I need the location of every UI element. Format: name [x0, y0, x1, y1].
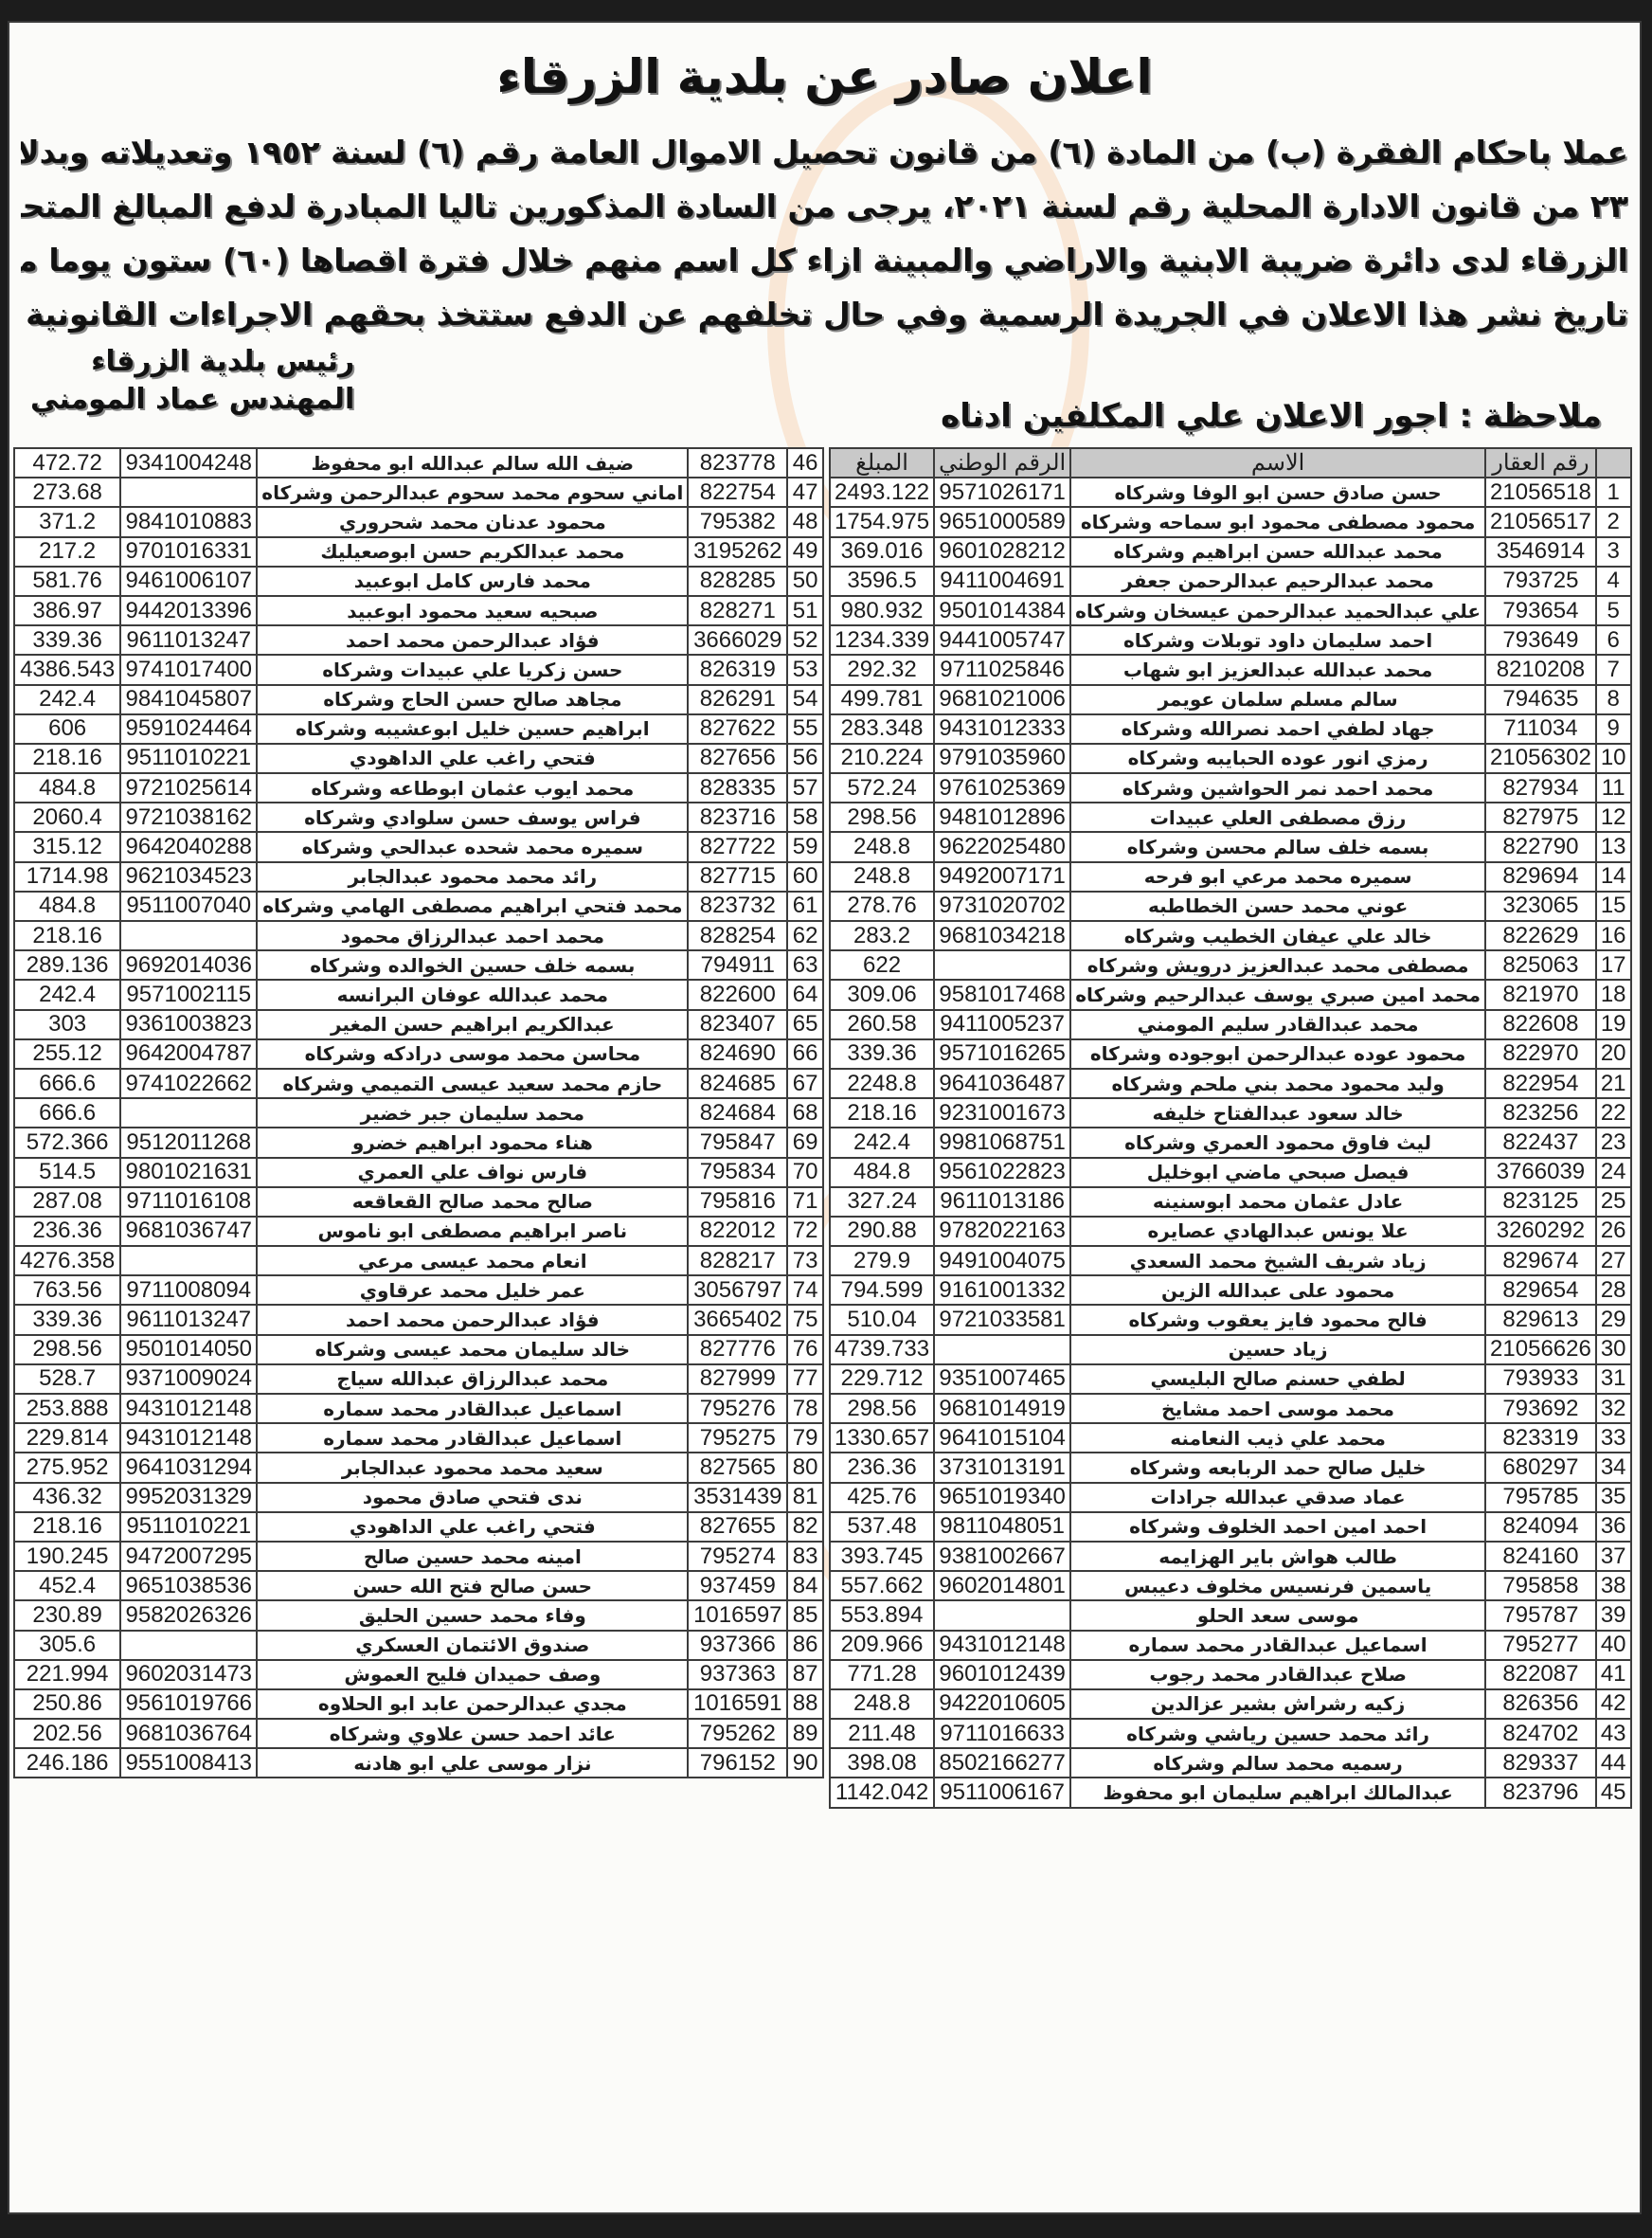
property-number: 823796 [1485, 1778, 1596, 1807]
table-row: 31793933لطفي حسنم صالح البليسي9351007465… [830, 1364, 1631, 1394]
property-number: 795262 [688, 1719, 787, 1748]
amount-due: 452.4 [14, 1571, 120, 1600]
national-id: 9741017400 [120, 655, 257, 684]
row-index: 81 [787, 1483, 823, 1512]
national-id: 9681034218 [934, 921, 1070, 950]
property-number: 823319 [1485, 1423, 1596, 1453]
table-row: 753665402فؤاد عبدالرحمن محمد احمد9611013… [14, 1305, 823, 1334]
property-number: 822790 [1485, 832, 1596, 861]
header-index [1596, 448, 1631, 478]
amount-due: 510.04 [830, 1305, 934, 1334]
row-index: 72 [787, 1217, 823, 1246]
row-index: 5 [1596, 596, 1631, 625]
row-index: 33 [1596, 1423, 1631, 1453]
taxpayer-name: موسى سعد الحلو [1070, 1600, 1485, 1630]
table-row: 32793692محمد موسى احمد مشايخ968101491929… [830, 1394, 1631, 1423]
row-index: 35 [1596, 1483, 1631, 1512]
row-index: 76 [787, 1335, 823, 1364]
taxpayer-name: مجاهد صالح حسن الحاج وشركاه [257, 685, 688, 714]
table-row: 9711034جهاد لطفي احمد نصرالله وشركاه9431… [830, 714, 1631, 744]
amount-due: 210.224 [830, 744, 934, 773]
amount-due: 230.89 [14, 1600, 120, 1630]
amount-due: 315.12 [14, 832, 120, 861]
table-header-row: رقم العقار الاسم الرقم الوطني المبلغ [830, 448, 1631, 478]
national-id: 9501014050 [120, 1335, 257, 1364]
property-number: 827999 [688, 1364, 787, 1394]
national-id: 9351007465 [934, 1364, 1070, 1394]
row-index: 10 [1596, 744, 1631, 773]
national-id: 9561019766 [120, 1689, 257, 1719]
national-id: 9441005747 [934, 625, 1070, 655]
amount-due: 218.16 [14, 921, 120, 950]
table-row: 813531439ندى فتحي صادق محمود995203132943… [14, 1483, 823, 1512]
property-number: 711034 [1485, 714, 1596, 744]
property-number: 827565 [688, 1453, 787, 1482]
property-number: 829654 [1485, 1275, 1596, 1305]
amount-due: 553.894 [830, 1600, 934, 1630]
taxpayer-name: لطفي حسنم صالح البليسي [1070, 1364, 1485, 1394]
national-id: 9601028212 [934, 537, 1070, 567]
national-id [934, 1600, 1070, 1630]
property-number: 824690 [688, 1039, 787, 1069]
national-id: 9782022163 [934, 1217, 1070, 1246]
table-row: 48795382محمود عدنان محمد شحروري984101088… [14, 507, 823, 536]
table-row: 54826291مجاهد صالح حسن الحاج وشركاه98410… [14, 685, 823, 714]
national-id: 9431012148 [120, 1394, 257, 1423]
national-id: 9431012148 [934, 1631, 1070, 1660]
amount-due: 386.97 [14, 596, 120, 625]
national-id: 9711025846 [934, 655, 1070, 684]
taxpayer-name: حسن زكريا علي عبيدات وشركاه [257, 655, 688, 684]
national-id: 9841045807 [120, 685, 257, 714]
row-index: 49 [787, 537, 823, 567]
amount-due: 3596.5 [830, 567, 934, 596]
table-row: 83795274امينه محمد حسين صالح947200729519… [14, 1542, 823, 1571]
property-number: 823778 [688, 448, 787, 478]
amount-due: 1754.975 [830, 507, 934, 536]
table-row: 263260292علا يونس عبدالهادي عصايره978202… [830, 1217, 1631, 1246]
row-index: 15 [1596, 892, 1631, 921]
table-row: 60827715رائد محمد محمود عبدالجابر9621034… [14, 862, 823, 892]
property-number: 823125 [1485, 1187, 1596, 1217]
taxpayer-name: سميره محمد مرعي ابو فرحه [1070, 862, 1485, 892]
taxpayer-name: فتحي راغب علي الداهودي [257, 744, 688, 773]
taxpayer-name: محمد فارس كامل ابوعبيد [257, 567, 688, 596]
national-id: 9601012439 [934, 1660, 1070, 1689]
taxpayer-name: محمد امين صبري يوسف عبدالرحيم وشركاه [1070, 980, 1485, 1009]
national-id: 9641031294 [120, 1453, 257, 1482]
amount-due: 622 [830, 950, 934, 980]
taxpayer-name: محمد عبدالله عبدالعزيز ابو شهاب [1070, 655, 1485, 684]
national-id: 9361003823 [120, 1010, 257, 1039]
row-index: 42 [1596, 1689, 1631, 1719]
taxpayer-name: عمر خليل محمد عرقاوي [257, 1275, 688, 1305]
amount-due: 242.4 [830, 1128, 934, 1157]
amount-due: 514.5 [14, 1158, 120, 1187]
taxpayer-name: عبدالكريم ابراهيم حسن المغير [257, 1010, 688, 1039]
property-number: 795274 [688, 1542, 787, 1571]
row-index: 83 [787, 1542, 823, 1571]
taxpayer-name: فارس نواف علي العمري [257, 1158, 688, 1187]
property-number: 824160 [1485, 1542, 1596, 1571]
property-number: 796152 [688, 1748, 787, 1778]
taxpayer-name: بسمه خلف سالم محسن وشركاه [1070, 832, 1485, 861]
amount-due: 242.4 [14, 980, 120, 1009]
amount-due: 236.36 [830, 1453, 934, 1482]
table-row: 35795785عماد صدقي عبدالله جرادات96510193… [830, 1483, 1631, 1512]
national-id: 9642004787 [120, 1039, 257, 1069]
property-number: 829337 [1485, 1748, 1596, 1778]
amount-due: 298.56 [14, 1335, 120, 1364]
national-id: 9621034523 [120, 862, 257, 892]
row-index: 79 [787, 1423, 823, 1453]
property-number: 827776 [688, 1335, 787, 1364]
property-number: 3665402 [688, 1305, 787, 1334]
amount-due: 666.6 [14, 1098, 120, 1128]
table-row: 25823125عادل عثمان محمد ابوسنينه96110131… [830, 1187, 1631, 1217]
table-row: 3021056626زياد حسين4739.733 [830, 1335, 1631, 1364]
amount-due: 1714.98 [14, 862, 120, 892]
amount-due: 202.56 [14, 1719, 120, 1748]
table-row: 51828271صبحيه سعيد محمود ابوعبيد94420133… [14, 596, 823, 625]
taxpayer-name: خالد سعود عبدالفتاح خليفه [1070, 1098, 1485, 1128]
row-index: 11 [1596, 773, 1631, 803]
property-number: 795276 [688, 1394, 787, 1423]
table-row: 61823732محمد فتحي ابراهيم مصطفى الهامي و… [14, 892, 823, 921]
row-index: 71 [787, 1187, 823, 1217]
taxpayer-name: عوني محمد حسن الخطاطبه [1070, 892, 1485, 921]
taxpayer-name: محمد ايوب عثمان ابوطاعه وشركاه [257, 773, 688, 803]
taxpayer-name: ناصر ابراهيم مصطفى ابو ناموس [257, 1217, 688, 1246]
amount-due: 557.662 [830, 1571, 934, 1600]
property-number: 21056626 [1485, 1335, 1596, 1364]
taxpayer-name: رزق مصطفى العلي عبيدات [1070, 803, 1485, 832]
national-id: 9841010883 [120, 507, 257, 536]
property-number: 795275 [688, 1423, 787, 1453]
table-row: 23822437ليث فاوق محمود العمري وشركاه9981… [830, 1128, 1631, 1157]
property-number: 829613 [1485, 1305, 1596, 1334]
row-index: 50 [787, 567, 823, 596]
taxpayer-name: ياسمين فرنسيس مخلوف دعيبس [1070, 1571, 1485, 1600]
row-index: 1 [1596, 478, 1631, 507]
national-id: 9481012896 [934, 803, 1070, 832]
national-id: 9801021631 [120, 1158, 257, 1187]
taxpayer-name: صالح محمد صالح القعاقعه [257, 1187, 688, 1217]
row-index: 46 [787, 448, 823, 478]
amount-due: 298.56 [830, 803, 934, 832]
property-number: 21056518 [1485, 478, 1596, 507]
national-id: 9431012148 [120, 1423, 257, 1453]
row-index: 73 [787, 1246, 823, 1275]
row-index: 75 [787, 1305, 823, 1334]
national-id [120, 1098, 257, 1128]
taxpayer-name: محمد عبدالله عوفان البرانسه [257, 980, 688, 1009]
property-number: 823256 [1485, 1098, 1596, 1128]
row-index: 18 [1596, 980, 1631, 1009]
fees-note: ملاحظة : اجور الاعلان علي المكلفين ادناه [941, 397, 1602, 435]
taxpayer-name: رسميه محمد سالم وشركاه [1070, 1748, 1485, 1778]
national-id: 9602031473 [120, 1660, 257, 1689]
amount-due: 303 [14, 1010, 120, 1039]
table-row: 46823778ضيف الله سالم عبدالله ابو محفوظ9… [14, 448, 823, 478]
row-index: 66 [787, 1039, 823, 1069]
table-row: 12827975رزق مصطفى العلي عبيدات9481012896… [830, 803, 1631, 832]
amount-due: 253.888 [14, 1394, 120, 1423]
property-number: 829694 [1485, 862, 1596, 892]
amount-due: 289.136 [14, 950, 120, 980]
taxpayer-name: ليث فاوق محمود العمري وشركاه [1070, 1128, 1485, 1157]
table-row: 47822754اماني سحوم محمد سحوم عبدالرحمن و… [14, 478, 823, 507]
row-index: 31 [1596, 1364, 1631, 1394]
national-id: 9741022662 [120, 1069, 257, 1098]
property-number: 3766039 [1485, 1158, 1596, 1187]
national-id: 9591024464 [120, 714, 257, 744]
taxpayer-name: جهاد لطفي احمد نصرالله وشركاه [1070, 714, 1485, 744]
national-id: 9422010605 [934, 1689, 1070, 1719]
table-row: 44829337رسميه محمد سالم وشركاه8502166277… [830, 1748, 1631, 1778]
body-line: الزرقاء لدى دائرة ضريبة الابنية والاراضي… [21, 233, 1628, 287]
national-id: 9602014801 [934, 1571, 1070, 1600]
table-row: 82827655فتحي راغب علي الداهودي9511010221… [14, 1512, 823, 1542]
taxpayer-name: وصف حميدان فليح العموش [257, 1660, 688, 1689]
national-id [120, 478, 257, 507]
national-id: 9581017468 [934, 980, 1070, 1009]
signature-name: المهندس عماد المومني [30, 381, 354, 419]
table-row: 86937366صندوق الائتمان العسكري305.6 [14, 1631, 823, 1660]
taxpayer-name: نزار موسى علي ابو هادنه [257, 1748, 688, 1778]
taxpayer-name: احمد سليمان داود توبلات وشركاه [1070, 625, 1485, 655]
taxpayer-name: خالد سليمان محمد عيسى وشركاه [257, 1335, 688, 1364]
row-index: 20 [1596, 1039, 1631, 1069]
property-number: 827934 [1485, 773, 1596, 803]
national-id: 9411004691 [934, 567, 1070, 596]
amount-due: 327.24 [830, 1187, 934, 1217]
national-id [934, 1335, 1070, 1364]
property-number: 824702 [1485, 1719, 1596, 1748]
table-row: 63794911بسمه خلف حسين الخوالده وشركاه969… [14, 950, 823, 980]
national-id: 9651000589 [934, 507, 1070, 536]
taxpayer-name: زياد حسين [1070, 1335, 1485, 1364]
property-number: 794635 [1485, 685, 1596, 714]
property-number: 827655 [688, 1512, 787, 1542]
table-row: 243766039فيصل صبحي ماضي ابوخليل956102282… [830, 1158, 1631, 1187]
property-number: 793692 [1485, 1394, 1596, 1423]
taxpayer-name: حازم محمد سعيد عيسى التميمي وشركاه [257, 1069, 688, 1098]
property-number: 821970 [1485, 980, 1596, 1009]
national-id: 9611013247 [120, 1305, 257, 1334]
amount-due: 305.6 [14, 1631, 120, 1660]
amount-due: 339.36 [830, 1039, 934, 1069]
table-row: 743056797عمر خليل محمد عرقاوي97110080947… [14, 1275, 823, 1305]
row-index: 86 [787, 1631, 823, 1660]
taxpayer-name: محمد عبدالقادر سليم المومني [1070, 1010, 1485, 1039]
national-id: 3731013191 [934, 1453, 1070, 1482]
national-id: 9381002667 [934, 1542, 1070, 1571]
row-index: 68 [787, 1098, 823, 1128]
property-number: 827622 [688, 714, 787, 744]
table-row: 28829654محمود على عبدالله الزين916100133… [830, 1275, 1631, 1305]
property-number: 822608 [1485, 1010, 1596, 1039]
national-id: 9512011268 [120, 1128, 257, 1157]
property-number: 829674 [1485, 1246, 1596, 1275]
national-id: 9571002115 [120, 980, 257, 1009]
row-index: 22 [1596, 1098, 1631, 1128]
row-index: 80 [787, 1453, 823, 1482]
property-number: 823732 [688, 892, 787, 921]
taxpayer-name: صبحيه سعيد محمود ابوعبيد [257, 596, 688, 625]
amount-due: 218.16 [830, 1098, 934, 1128]
property-number: 828335 [688, 773, 787, 803]
row-index: 9 [1596, 714, 1631, 744]
taxpayer-name: محمد احمد نمر الحواشين وشركاه [1070, 773, 1485, 803]
row-index: 52 [787, 625, 823, 655]
national-id: 9442013396 [120, 596, 257, 625]
table-row: 15323065عوني محمد حسن الخطاطبه9731020702… [830, 892, 1631, 921]
row-index: 88 [787, 1689, 823, 1719]
property-number: 828217 [688, 1246, 787, 1275]
table-row: 21822954وليد محمود محمد بني ملحم وشركاه9… [830, 1069, 1631, 1098]
taxpayer-name: خالد علي عيفان الخطيب وشركاه [1070, 921, 1485, 950]
amount-due: 371.2 [14, 507, 120, 536]
amount-due: 436.32 [14, 1483, 120, 1512]
amount-due: 763.56 [14, 1275, 120, 1305]
amount-due: 229.814 [14, 1423, 120, 1453]
property-number: 21056302 [1485, 744, 1596, 773]
national-id: 9492007171 [934, 862, 1070, 892]
property-number: 822754 [688, 478, 787, 507]
amount-due: 537.48 [830, 1512, 934, 1542]
property-number: 822970 [1485, 1039, 1596, 1069]
amount-due: 393.745 [830, 1542, 934, 1571]
row-index: 2 [1596, 507, 1631, 536]
table-row: 53826319حسن زكريا علي عبيدات وشركاه97410… [14, 655, 823, 684]
taxpayer-name: سالم مسلم سلمان عويمر [1070, 685, 1485, 714]
amount-due: 339.36 [14, 1305, 120, 1334]
header-property-no: رقم العقار [1485, 448, 1596, 478]
amount-due: 472.72 [14, 448, 120, 478]
property-number: 823407 [688, 1010, 787, 1039]
property-number: 1016597 [688, 1600, 787, 1630]
taxpayer-name: محمد فتحي ابراهيم مصطفى الهامي وشركاه [257, 892, 688, 921]
national-id: 9231001673 [934, 1098, 1070, 1128]
table-row: 78795276اسماعيل عبدالقادر محمد سماره9431… [14, 1394, 823, 1423]
row-index: 44 [1596, 1748, 1631, 1778]
national-id: 9761025369 [934, 773, 1070, 803]
table-row: 14829694سميره محمد مرعي ابو فرحه94920071… [830, 862, 1631, 892]
table-row: 4793725محمد عبدالرحيم عبدالرحمن جعفر9411… [830, 567, 1631, 596]
table-row: 38795858ياسمين فرنسيس مخلوف دعيبس9602014… [830, 1571, 1631, 1600]
property-number: 826319 [688, 655, 787, 684]
taxpayer-name: عائد احمد حسن علاوي وشركاه [257, 1719, 688, 1748]
property-number: 826291 [688, 685, 787, 714]
property-number: 795834 [688, 1158, 787, 1187]
amount-due: 4276.358 [14, 1246, 120, 1275]
property-number: 3195262 [688, 537, 787, 567]
table-row: 40795277اسماعيل عبدالقادر محمد سماره9431… [830, 1631, 1631, 1660]
row-index: 56 [787, 744, 823, 773]
national-id: 9681014919 [934, 1394, 1070, 1423]
table-row: 6793649احمد سليمان داود توبلات وشركاه944… [830, 625, 1631, 655]
taxpayer-name: علي عبدالحميد عبدالرحمن عيسخان وشركاه [1070, 596, 1485, 625]
taxpayer-name: بسمه خلف حسين الخوالده وشركاه [257, 950, 688, 980]
table-row: 221056517محمود مصطفى محمود ابو سماحه وشر… [830, 507, 1631, 536]
row-index: 12 [1596, 803, 1631, 832]
national-id: 9731020702 [934, 892, 1070, 921]
amount-due: 246.186 [14, 1748, 120, 1778]
taxpayer-name: اماني سحوم محمد سحوم عبدالرحمن وشركاه [257, 478, 688, 507]
property-number: 822954 [1485, 1069, 1596, 1098]
announcement-title: اعلان صادر عن بلدية الزرقاء [9, 49, 1640, 104]
national-id: 9371009024 [120, 1364, 257, 1394]
body-line: تاريخ نشر هذا الاعلان في الجريدة الرسمية… [21, 287, 1628, 341]
property-number: 793649 [1485, 625, 1596, 655]
table-row: 18821970محمد امين صبري يوسف عبدالرحيم وش… [830, 980, 1631, 1009]
table-row: 19822608محمد عبدالقادر سليم المومني94110… [830, 1010, 1631, 1039]
amount-due: 484.8 [14, 773, 120, 803]
table-row: 87937363وصف حميدان فليح العموش9602031473… [14, 1660, 823, 1689]
header-amount: المبلغ [830, 448, 934, 478]
table-row: 50828285محمد فارس كامل ابوعبيد9461006107… [14, 567, 823, 596]
property-number: 823716 [688, 803, 787, 832]
property-number: 822600 [688, 980, 787, 1009]
row-index: 43 [1596, 1719, 1631, 1748]
property-number: 795816 [688, 1187, 787, 1217]
table-row: 55827622ابراهيم حسين خليل ابوعشيبه وشركا… [14, 714, 823, 744]
national-id: 9511006167 [934, 1778, 1070, 1807]
table-row: 27829674زياد شريف الشيخ محمد السعدي94910… [830, 1246, 1631, 1275]
table-row: 39795787موسى سعد الحلو553.894 [830, 1600, 1631, 1630]
amount-due: 4386.543 [14, 655, 120, 684]
property-number: 822437 [1485, 1128, 1596, 1157]
amount-due: 283.2 [830, 921, 934, 950]
row-index: 90 [787, 1748, 823, 1778]
taxpayer-name: فالح محمود فايز يعقوب وشركاه [1070, 1305, 1485, 1334]
national-id [934, 950, 1070, 980]
property-number: 824684 [688, 1098, 787, 1128]
property-number: 822629 [1485, 921, 1596, 950]
national-id: 9611013186 [934, 1187, 1070, 1217]
table-row: 80827565سعيد محمد محمود عبدالجابر9641031… [14, 1453, 823, 1482]
national-id: 9791035960 [934, 744, 1070, 773]
amount-due: 221.994 [14, 1660, 120, 1689]
amount-due: 236.36 [14, 1217, 120, 1246]
table-row: 79795275اسماعيل عبدالقادر محمد سماره9431… [14, 1423, 823, 1453]
row-index: 23 [1596, 1128, 1631, 1157]
taxpayer-name: محمد احمد عبدالرزاق محمود [257, 921, 688, 950]
table-row: 43824702رائد محمد حسين رياشي وشركاه97110… [830, 1719, 1631, 1748]
property-number: 3531439 [688, 1483, 787, 1512]
table-row: 16822629خالد علي عيفان الخطيب وشركاه9681… [830, 921, 1631, 950]
amount-due: 211.48 [830, 1719, 934, 1748]
row-index: 19 [1596, 1010, 1631, 1039]
amount-due: 292.32 [830, 655, 934, 684]
national-id: 9511007040 [120, 892, 257, 921]
property-number: 822087 [1485, 1660, 1596, 1689]
taxpayer-name: زكيه رشراش بشير عزالدين [1070, 1689, 1485, 1719]
national-id [120, 921, 257, 950]
row-index: 77 [787, 1364, 823, 1394]
signature-block: رئيس بلدية الزرقاء المهندس عماد المومني [30, 343, 354, 419]
taxpayer-name: محمود مصطفى محمود ابو سماحه وشركاه [1070, 507, 1485, 536]
table-row: 64822600محمد عبدالله عوفان البرانسه95710… [14, 980, 823, 1009]
row-index: 54 [787, 685, 823, 714]
row-index: 69 [787, 1128, 823, 1157]
row-index: 85 [787, 1600, 823, 1630]
row-index: 21 [1596, 1069, 1631, 1098]
taxpayer-name: اسماعيل عبدالقادر محمد سماره [257, 1423, 688, 1453]
national-id: 9491004075 [934, 1246, 1070, 1275]
property-number: 3260292 [1485, 1217, 1596, 1246]
